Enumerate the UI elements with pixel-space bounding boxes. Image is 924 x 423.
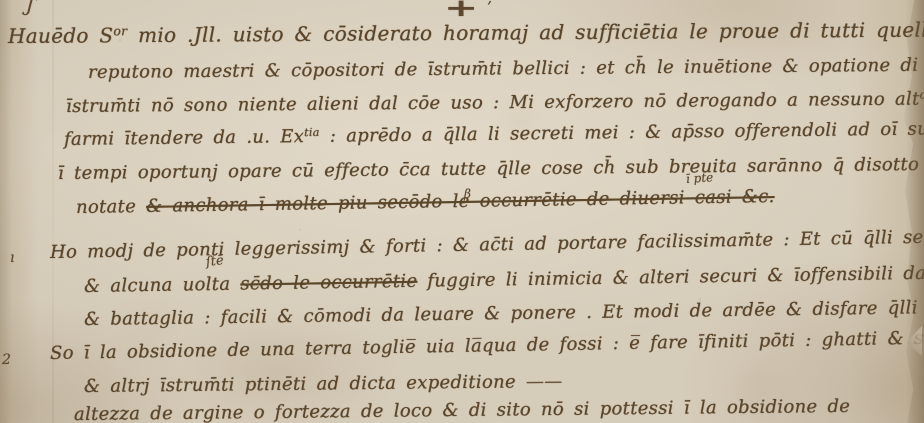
- text-segment: ī tempi oportunj opare cū effecto c̄ca t…: [58, 154, 919, 184]
- manuscript-page: Hauēdo Sor mio .Jll. uisto & cōsiderato …: [0, 0, 924, 423]
- manuscript-line-4: farmi ītendere da .u. Extia : aprēdo a q…: [64, 117, 924, 150]
- text-segment: notate: [76, 196, 146, 218]
- text-segment: mio .Jll. uisto & cōsiderato horamaj ad …: [127, 17, 924, 47]
- struck-text: & anchora ī molte piu secōdo le occurrēt…: [146, 186, 775, 217]
- manuscript-text: Hauēdo Sor mio .Jll. uisto & cōsiderato …: [0, 0, 924, 423]
- text-segment: o: [919, 88, 924, 101]
- manuscript-line-5: ī tempi oportunj opare cū effecto c̄ca t…: [58, 154, 919, 184]
- top-cross-mark: +: [444, 0, 478, 22]
- text-segment: altezza de argine o fortezza de loco & d…: [74, 396, 850, 423]
- text-segment: fuggire li inimicia & alteri securi & īo…: [417, 262, 924, 292]
- text-segment: & altrj īstrum̄ti ptinēti ad dicta exped…: [84, 371, 526, 397]
- manuscript-line-2: reputono maestri & cōpositori de īstrum̄…: [88, 54, 924, 83]
- manuscript-line-12: altezza de argine o fortezza de loco & d…: [74, 396, 850, 423]
- text-segment: Ho modj de ponti leggerissimj & forti : …: [50, 226, 924, 263]
- struck-text: sc̄do le occurrētie: [240, 271, 417, 295]
- text-segment: Hauēdo S: [8, 23, 114, 48]
- text-segment: or: [113, 23, 127, 38]
- text-segment: īstrum̄ti nō sono niente alieni dal cōe …: [66, 89, 920, 117]
- text-segment: & alcuna uolta: [84, 274, 241, 297]
- text-segment: reputono maestri & cōpositori de īstrum̄…: [88, 54, 924, 83]
- manuscript-line-11: & altrj īstrum̄ti ptinēti ad dicta exped…: [84, 371, 563, 397]
- text-segment: tia: [304, 126, 320, 139]
- interlinear-insertion-line8: ſtē: [205, 253, 224, 270]
- margin-tick-line7: ı: [10, 250, 14, 266]
- manuscript-line-6: notate & anchora ī molte piu secōdo le o…: [76, 186, 775, 218]
- text-segment: : aprēdo a q̄lla li secreti mei : & ap̄s…: [320, 117, 924, 147]
- text-segment: ——: [526, 371, 563, 392]
- manuscript-line-3: īstrum̄ti nō sono niente alieni dal cōe …: [66, 88, 924, 117]
- text-segment: farmi ītendere da .u. Ex: [64, 126, 304, 150]
- top-cross-comma: ’: [487, 0, 492, 16]
- manuscript-line-10: So ī la obsidione de una terra toglie̅ u…: [50, 327, 924, 364]
- margin-numeral-line10: 2: [2, 352, 11, 368]
- interlinear-insertion-line5: ī pte: [686, 170, 714, 186]
- manuscript-line-7: Ho modj de ponti leggerissimj & forti : …: [50, 226, 924, 263]
- manuscript-line-9: & battaglia : facili & cōmodi da leuare …: [84, 296, 924, 330]
- text-segment: & battaglia : facili & cōmodi da leuare …: [84, 296, 924, 330]
- text-segment: So ī la obsidione de una terra toglie̅ u…: [50, 327, 924, 364]
- beta-insertion-mark: β: [464, 187, 471, 201]
